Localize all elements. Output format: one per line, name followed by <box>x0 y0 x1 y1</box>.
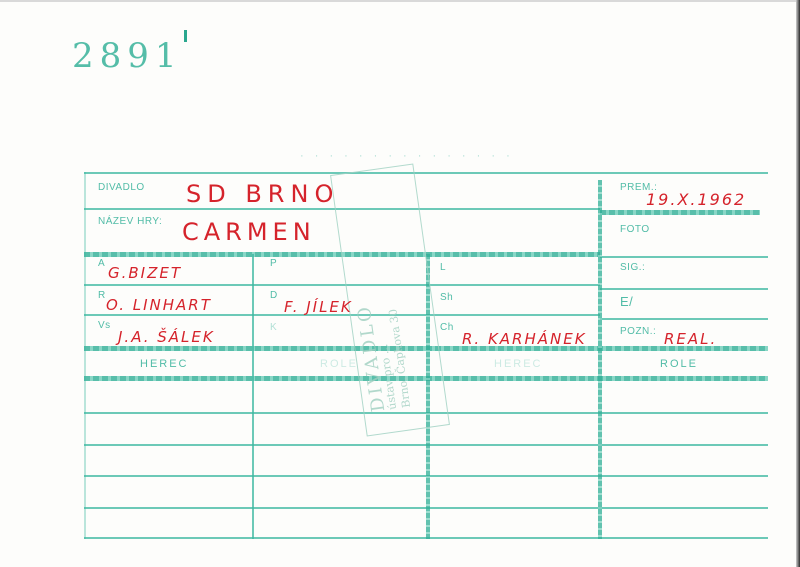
rule-line <box>600 318 768 320</box>
handwritten-premiere-date: 19.X.1962 <box>646 190 746 209</box>
label-ch: Ch <box>440 322 454 333</box>
handwritten-composer: G.BIZET <box>108 264 182 282</box>
label-stage-designer: Vs <box>98 320 111 331</box>
label-divadlo: DIVADLO <box>98 182 145 193</box>
handwritten-play-title: CARMEN <box>182 218 316 246</box>
header-herec: HEREC <box>494 358 543 370</box>
header-role: ROLE <box>320 358 358 370</box>
handwritten-choreographer: R. KARHÁNEK <box>462 330 587 348</box>
rule-line <box>84 172 768 174</box>
scan-edge <box>0 0 800 2</box>
label-d: D <box>270 290 278 301</box>
label-foto: FOTO <box>620 224 650 235</box>
label-k: K <box>270 322 277 333</box>
scan-edge <box>796 0 800 567</box>
label-nazev-hry: NÁZEV HRY: <box>98 216 162 227</box>
column-line <box>252 254 254 539</box>
label-sh: Sh <box>440 292 453 303</box>
rule-line <box>600 256 768 258</box>
handwritten-director: O. LINHART <box>106 296 212 314</box>
label-l: L <box>440 262 446 273</box>
handwritten-note: REAL. <box>664 330 717 348</box>
label-pozn: POZN.: <box>620 326 656 337</box>
handwritten-stage-designer: J.A. ŠÁLEK <box>118 328 215 346</box>
tick-mark <box>184 30 187 42</box>
archive-number: 2891 <box>72 36 183 76</box>
handwritten-conductor: F. JÍLEK <box>284 298 353 316</box>
rule-line <box>84 284 600 286</box>
label-p: P <box>270 258 277 269</box>
column-line <box>84 172 86 539</box>
rule-line <box>600 210 760 215</box>
faint-header-text: · · · · · · · · · · · · · · · <box>300 150 514 162</box>
handwritten-theatre: SD BRNO <box>186 180 339 208</box>
header-role: ROLE <box>660 358 698 370</box>
label-author: A <box>98 258 105 269</box>
rule-line <box>600 288 768 290</box>
column-line <box>598 180 602 539</box>
header-herec: HEREC <box>140 358 189 370</box>
label-director: R <box>98 290 106 301</box>
label-sig: SIG.: <box>620 262 645 273</box>
label-e: E/ <box>620 294 633 309</box>
